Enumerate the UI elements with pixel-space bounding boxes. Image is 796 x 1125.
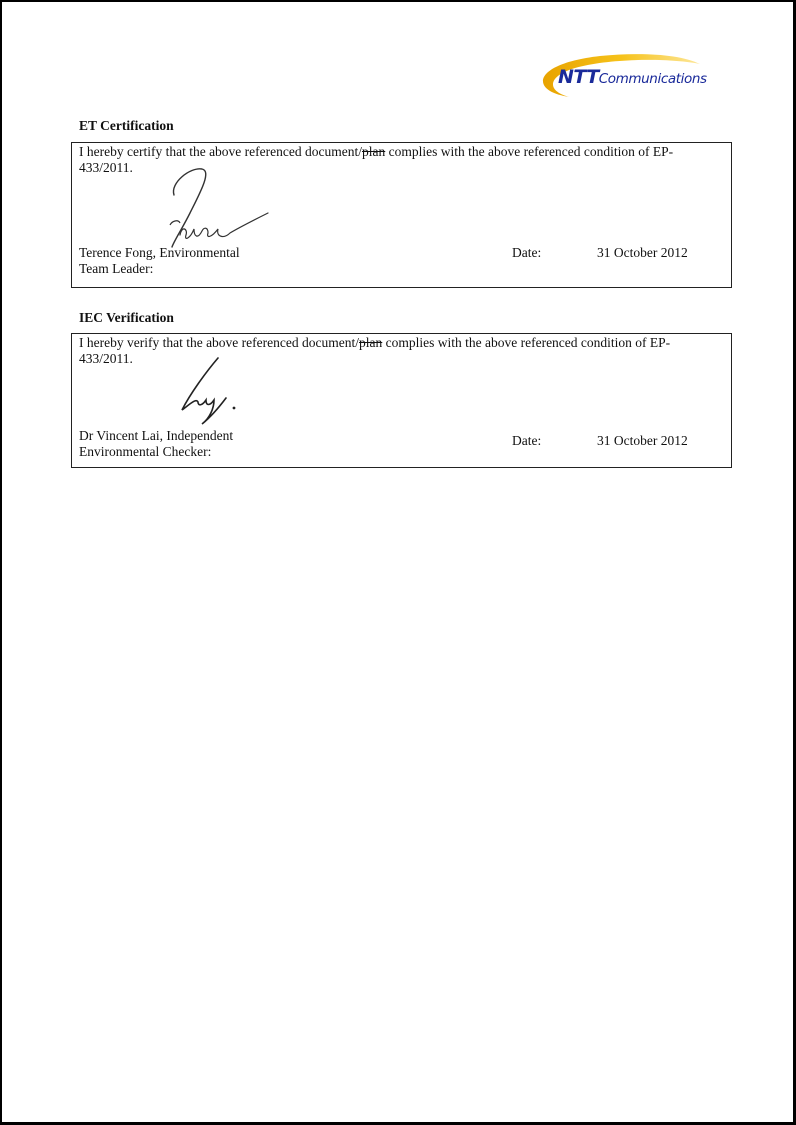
- et-certification-box: I hereby certify that the above referenc…: [71, 142, 732, 288]
- struck-word: plan: [362, 144, 385, 159]
- logo-ntt-text: NTT: [558, 66, 599, 88]
- iec-date-value: 31 October 2012: [597, 433, 688, 449]
- iec-verification-title: IEC Verification: [79, 310, 174, 326]
- struck-word: plan: [359, 335, 382, 350]
- ntt-communications-logo: NTTCommunications: [530, 52, 730, 102]
- signature-vincent-lai: [176, 354, 256, 429]
- et-certification-title: ET Certification: [79, 118, 174, 134]
- iec-date-label: Date:: [512, 433, 541, 449]
- iec-verification-statement: I hereby verify that the above reference…: [79, 335, 719, 367]
- et-date-label: Date:: [512, 245, 541, 261]
- logo-communications-text: Communications: [599, 71, 707, 87]
- et-signatory-name: Terence Fong, Environmental Team Leader:: [79, 245, 240, 277]
- iec-verification-box: I hereby verify that the above reference…: [71, 333, 732, 468]
- iec-signatory-name: Dr Vincent Lai, Independent Environmenta…: [79, 428, 233, 460]
- signature-terence-fong: [160, 163, 280, 253]
- document-page: NTTCommunications ET Certification I her…: [0, 0, 796, 1125]
- et-date-value: 31 October 2012: [597, 245, 688, 261]
